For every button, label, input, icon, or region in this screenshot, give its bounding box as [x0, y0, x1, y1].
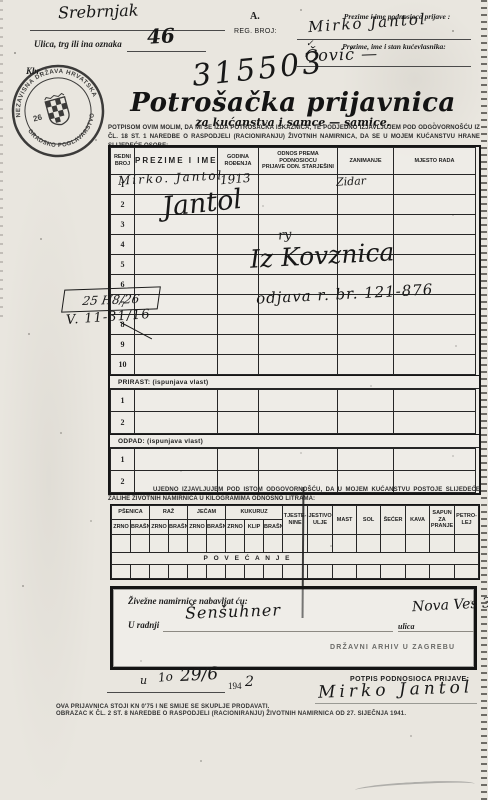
empty-cell — [245, 535, 264, 553]
supplies-group-header: SAPUN ZA PRANJE — [430, 506, 455, 535]
signature-line — [315, 703, 477, 704]
street-label: Ulica, trg ili ina oznaka — [34, 39, 122, 49]
empty-cell — [333, 535, 357, 553]
supplies-frame: PŠENICARAŽJEČAMKUKURUZTJESTE- NINEJESTIV… — [110, 504, 480, 580]
supplies-sub-header: ZRNO — [112, 520, 131, 535]
empty-cell — [218, 335, 259, 355]
shop-street-handwritten: Nova Ves 35 — [412, 596, 488, 615]
empty-cell — [455, 565, 479, 579]
shop-street-line — [398, 631, 474, 632]
shop-label: U radnji — [128, 620, 159, 630]
empty-cell — [394, 449, 476, 471]
reg-number-label: REG. BROJ: — [234, 28, 277, 35]
supplies-group-header: PŠENICA — [112, 506, 150, 520]
date-day-handwritten: 29/6 — [180, 666, 219, 685]
empty-cell — [430, 565, 455, 579]
right-perforated-edge — [481, 0, 487, 800]
prirast-row: 2 — [111, 412, 476, 434]
row-number-cell: 4 — [111, 235, 135, 255]
empty-cell — [357, 565, 381, 579]
empty-cell — [218, 412, 259, 434]
empty-cell — [259, 215, 338, 235]
empty-cell — [394, 215, 476, 235]
empty-cell — [406, 535, 430, 553]
official-round-stamp-icon: NEZAVISNA DRŽAVA HRVATSKA GRADSKO POGLAV… — [0, 53, 116, 169]
prirast-table: 12 — [110, 389, 476, 434]
empty-cell — [381, 565, 406, 579]
year-digit-handwritten: 2 — [245, 675, 254, 689]
empty-cell — [150, 535, 169, 553]
empty-cell — [394, 175, 476, 195]
members-col-header: ZANIMANJE — [338, 148, 394, 175]
date-line — [107, 692, 225, 693]
stamp-number: 26 — [32, 112, 43, 123]
empty-cell — [150, 565, 169, 579]
empty-cell — [259, 195, 338, 215]
empty-cell — [218, 215, 259, 235]
supplies-sub-header: ZRNO — [226, 520, 245, 535]
street-number-line — [127, 51, 206, 52]
shop-line — [163, 631, 393, 632]
supplies-sub-header: BRAŠNO — [131, 520, 150, 535]
registration-number-handwritten: 315503 — [191, 48, 326, 92]
empty-cell — [394, 315, 476, 335]
supplies-group-header: ŠEĆER — [381, 506, 406, 535]
surname-large-handwritten: Jantol — [161, 186, 243, 221]
supplies-group-header: JESTIVO ULJE — [308, 506, 333, 535]
member-row: 9 — [111, 335, 476, 355]
supplies-group-header: PETRO- LEJ — [455, 506, 479, 535]
stamp-coat-of-arms — [44, 93, 71, 127]
supplies-sub-header: ZRNO — [188, 520, 207, 535]
empty-cell — [218, 390, 259, 412]
row-number-cell: 2 — [111, 195, 135, 215]
empty-cell — [455, 535, 479, 553]
empty-cell — [357, 535, 381, 553]
supplies-sub-header: BRAŠNO — [264, 520, 283, 535]
empty-cell — [188, 535, 207, 553]
supplies-sub-header: BRAŠNO — [207, 520, 226, 535]
empty-cell — [259, 412, 338, 434]
empty-cell — [308, 535, 333, 553]
empty-cell — [135, 449, 218, 471]
supplies-group-header: RAŽ — [150, 506, 188, 520]
row-number-cell: 2 — [111, 412, 135, 434]
empty-cell — [338, 315, 394, 335]
empty-cell — [218, 449, 259, 471]
scanned-consumer-registration-form: Srebrnjak Ulica, trg ili ina oznaka 46 A… — [0, 0, 488, 800]
odpad-row: 1 — [111, 449, 476, 471]
empty-cell — [338, 215, 394, 235]
empty-cell — [135, 235, 218, 255]
bracket-note-handwritten: 25 H8/26 — [82, 293, 141, 307]
empty-cell — [259, 390, 338, 412]
empty-cell — [259, 335, 338, 355]
empty-cell — [218, 355, 259, 375]
prirast-row: 1 — [111, 390, 476, 412]
empty-cell — [135, 355, 218, 375]
empty-cell — [135, 412, 218, 434]
empty-cell — [394, 335, 476, 355]
supplies-intro-text: UJEDNO IZJAVLJUJEM POD ISTOM ODGOVORNOŠĆ… — [108, 486, 480, 503]
supplies-group-header: SOL — [357, 506, 381, 535]
empty-cell — [394, 255, 476, 275]
empty-cell — [406, 565, 430, 579]
empty-cell — [338, 390, 394, 412]
members-col-header: GODINA ROĐENJA — [218, 148, 259, 175]
row1-occupation-handwritten: Zidar — [336, 175, 367, 188]
date-scribble-handwritten: 1o — [157, 670, 173, 683]
prirast-section-label: PRIRAST: (ispunjava vlast) — [110, 375, 479, 389]
povecanje-label: P O V E Ć A N J E — [112, 553, 479, 565]
street-number-handwritten: 46 — [146, 25, 175, 46]
empty-cell — [131, 565, 150, 579]
empty-cell — [226, 535, 245, 553]
street-line — [30, 30, 225, 31]
row-number-cell: 9 — [111, 335, 135, 355]
empty-cell — [135, 255, 218, 275]
shop-street-label: ulica — [398, 622, 414, 631]
empty-cell — [188, 565, 207, 579]
empty-cell — [308, 565, 333, 579]
members-col-header: MJESTO RADA — [394, 148, 476, 175]
empty-cell — [259, 355, 338, 375]
empty-cell — [333, 565, 357, 579]
empty-cell — [259, 449, 338, 471]
archive-stamp-text: DRŽAVNI ARHIV U ZAGREBU — [330, 644, 455, 651]
odpad-section-label: ODPAD: (ispunjava vlast) — [110, 434, 479, 448]
section-letter: A. — [250, 11, 260, 22]
street-name-handwritten: Srebrnjak — [58, 3, 139, 22]
empty-cell — [338, 449, 394, 471]
empty-cell — [207, 535, 226, 553]
supplies-sub-header: KLIP — [245, 520, 264, 535]
empty-cell — [245, 565, 264, 579]
supplies-group-header: JEČAM — [188, 506, 226, 520]
supplies-data-row — [112, 535, 479, 553]
empty-cell — [394, 412, 476, 434]
empty-cell — [264, 565, 283, 579]
supplies-group-header: KUKURUZ — [226, 506, 283, 520]
member-row: 8 — [111, 315, 476, 335]
empty-cell — [394, 195, 476, 215]
supplies-group-header-row: PŠENICARAŽJEČAMKUKURUZTJESTE- NINEJESTIV… — [112, 506, 479, 520]
supplies-data-row — [112, 565, 479, 579]
supplies-group-header: KAVA — [406, 506, 430, 535]
form-title: Potrošačka prijavnica — [115, 88, 471, 118]
empty-cell — [135, 335, 218, 355]
empty-cell — [135, 390, 218, 412]
empty-cell — [169, 535, 188, 553]
empty-cell — [259, 315, 338, 335]
empty-cell — [394, 235, 476, 255]
empty-cell — [131, 535, 150, 553]
supplies-table: PŠENICARAŽJEČAMKUKURUZTJESTE- NINEJESTIV… — [111, 505, 479, 579]
member-row: 10 — [111, 355, 476, 375]
row-number-cell: 5 — [111, 255, 135, 275]
note-large-handwritten: Iz Kovznica — [249, 239, 394, 272]
supplies-sub-header: ZRNO — [150, 520, 169, 535]
supplies-group-header: MAST — [333, 506, 357, 535]
empty-cell — [394, 355, 476, 375]
empty-cell — [338, 335, 394, 355]
empty-cell — [169, 565, 188, 579]
empty-cell — [338, 195, 394, 215]
empty-cell — [207, 565, 226, 579]
povecanje-row: P O V E Ć A N J E — [112, 553, 479, 565]
empty-cell — [226, 565, 245, 579]
empty-cell — [394, 390, 476, 412]
empty-cell — [218, 275, 259, 295]
note-small-handwritten: ry — [277, 228, 292, 242]
empty-cell — [381, 535, 406, 553]
bottom-scan-mark — [355, 779, 475, 795]
row-number-cell: 10 — [111, 355, 135, 375]
footer-note-2: OBRAZAC K ČL. 2 ST. 8 NAREDBE O RASPODJE… — [56, 711, 406, 717]
empty-cell — [218, 315, 259, 335]
row-number-cell: 1 — [111, 449, 135, 471]
empty-cell — [430, 535, 455, 553]
empty-cell — [338, 412, 394, 434]
applicant-line — [297, 39, 471, 40]
footer-note-1: OVA PRIJAVNICA STOJI KN 0'75 I NE SMIJE … — [56, 704, 270, 710]
empty-cell — [338, 355, 394, 375]
empty-cell — [112, 535, 131, 553]
row-number-cell: 3 — [111, 215, 135, 235]
supplies-sub-header: BRAŠNO — [169, 520, 188, 535]
empty-cell — [259, 175, 338, 195]
members-col-header: ODNOS PREMA PODNOSIOCU PRIJAVE ODN. STAR… — [259, 148, 338, 175]
printed-year: 194 — [228, 681, 242, 691]
signature-handwritten: Mirko Jantol — [318, 679, 474, 701]
row-number-cell: 1 — [111, 390, 135, 412]
members-col-header: REDNI BROJ — [111, 148, 135, 175]
empty-cell — [264, 535, 283, 553]
shop-name-handwritten: Šenšuhner — [185, 602, 281, 621]
date-place-handwritten: u — [140, 675, 147, 686]
empty-cell — [112, 565, 131, 579]
empty-cell — [218, 295, 259, 315]
